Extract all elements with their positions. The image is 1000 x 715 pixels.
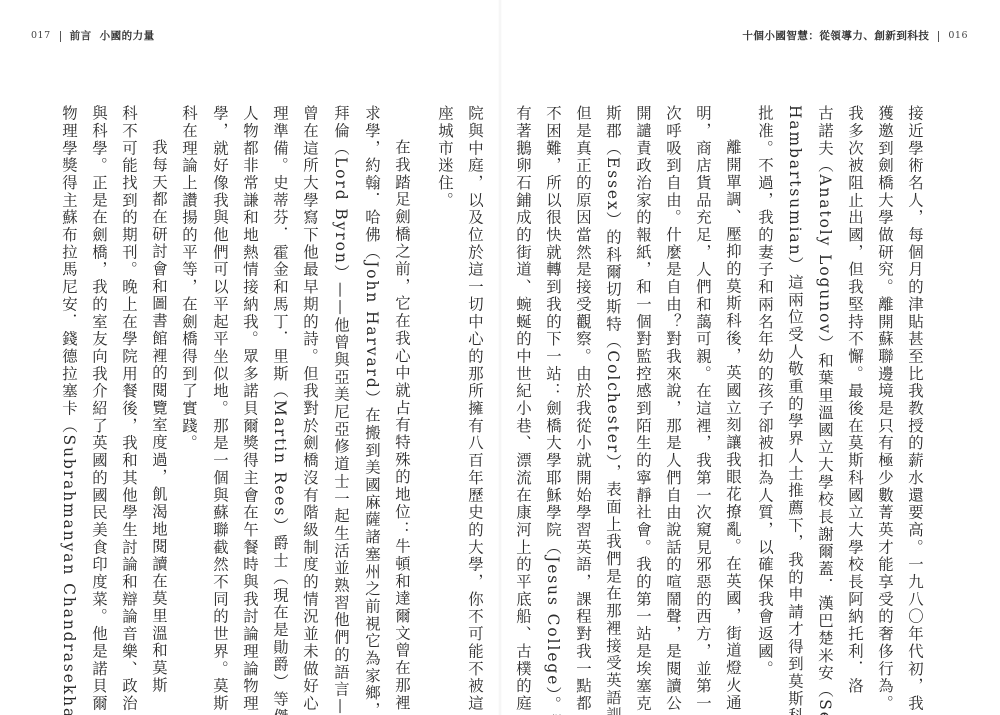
text-column: 院與中庭，以及位於這一切中心的那所擁有八百年歷史的大學，你不可能不被這 [464, 105, 486, 595]
text-column: 開譴責政治家的報紙，和一個對監控感到陌生的寧靜社會。我的第一站是埃塞克 [632, 105, 654, 595]
text-column: 科在理論上讚揚的平等，在劍橋得到了實踐。 [178, 105, 200, 595]
page-gutter [498, 0, 502, 715]
left-chapter-title: 小國的力量 [100, 29, 155, 43]
book-spread: 017 前言 小國的力量 院與中庭，以及位於這一切中心的那所擁有八百年歷史的大學… [0, 0, 1000, 715]
text-column: 批准。不過，我的妻子和兩名年幼的孩子卻被扣為人質，以確保我會返國。 [754, 105, 776, 595]
text-column: 求學，約翰．哈佛（John Harvard）在搬到美國麻薩諸塞州之前視它為家鄉，… [361, 105, 383, 595]
text-column: 學，就好像我與他們可以平起平坐似地。那是一個與蘇聯截然不同的世界。莫斯 [209, 105, 231, 595]
text-column: 有著鵝卵石鋪成的街道、蜿蜒的中世紀小巷、漂流在康河上的平底船、古樸的庭 [512, 105, 534, 595]
right-running-head: 十個小國智慧：從領導力、創新到科技 016 [742, 29, 968, 43]
text-column: 拜倫（Lord Byron）——他曾與亞美尼亞修道士一起生活並熟習他們的語言—— [330, 105, 352, 595]
text-column: 獲邀到劍橋大學做研究。離開蘇聯邊境是只有極少數菁英才能享受的奢侈行為。 [874, 105, 896, 595]
text-column: 明，商店貨品充足，人們和藹可親。在這裡，我第一次窺見邪惡的西方，並第一 [692, 105, 714, 595]
text-column: Hambartsumian）這兩位受人敬重的學界人士推薦下，我的申請才得到莫斯科… [784, 105, 806, 595]
text-column: 接近學術名人，每個月的津貼甚至比我教授的薪水還要高。一九八〇年代初，我 [904, 105, 926, 595]
text-column-paragraph-start: 在我踏足劍橋之前，它在我心中就占有特殊的地位：牛頓和達爾文曾在那裡 [391, 105, 413, 595]
text-column: 與科學。正是在劍橋，我的室友向我介紹了英國的國民美食印度菜。他是諾貝爾 [88, 105, 110, 595]
book-title: 十個小國智慧：從領導力、創新到科技 [742, 29, 929, 43]
text-column: 科不可能找到的期刊。晚上在學院用餐後，我和其他學生討論和辯論音樂、政治 [118, 105, 140, 595]
header-divider [938, 31, 939, 42]
text-column: 座城市迷住。 [434, 105, 456, 595]
left-running-head: 017 前言 小國的力量 [31, 29, 155, 43]
text-column: 但是真正的原因當然是接受觀察。由於我從小就開始學習英語，課程對我一點都 [572, 105, 594, 595]
text-column: 我多次被阻止出國，但我堅持不懈。最後在莫斯科國立大學校長阿納托利．洛 [844, 105, 866, 595]
text-column: 理準備。史蒂芬．霍金和馬丁．里斯（Martin Rees）爵士（現在是勛爵）等傑… [269, 105, 291, 595]
text-column: 不困難，所以很快就轉到我的下一站：劍橋大學耶穌學院（Jesus College）… [542, 105, 564, 595]
text-column: 曾在這所大學寫下他最早期的詩。但我對於劍橋沒有階級制度的情況並未做好心 [299, 105, 321, 595]
text-column-paragraph-start: 我每天都在研討會和圖書館裡的閱覽室度過，飢渴地閱讀在莫里溫和莫斯 [148, 105, 170, 595]
right-page-number: 016 [948, 29, 968, 43]
text-column: 古諾夫（Anatoly Logunov）和葉里溫國立大學校長謝爾蓋．漢巴楚米安（… [814, 105, 836, 595]
text-column: 人物都非常謙和地熱情接納我。眾多諾貝爾獎得主會在午餐時與我討論理論物理 [239, 105, 261, 595]
text-column: 斯郡（Essex）的科爾切斯特（Colchester），表面上我們是在那裡接受英… [602, 105, 624, 595]
text-column-paragraph-start: 離開單調、壓抑的莫斯科後，英國立刻讓我眼花撩亂。在英國，街道燈火通 [722, 105, 744, 595]
text-column: 次呼吸到自由。什麼是自由？對我來說，那是人們自由說話的喧鬧聲，是閱讀公 [662, 105, 684, 595]
header-divider [60, 31, 61, 42]
left-page-number: 017 [31, 29, 51, 43]
left-section-label: 前言 [70, 29, 92, 43]
text-column: 物理學獎得主蘇布拉馬尼安．錢德拉塞卡（Subrahmanyan Chandras… [58, 105, 80, 595]
